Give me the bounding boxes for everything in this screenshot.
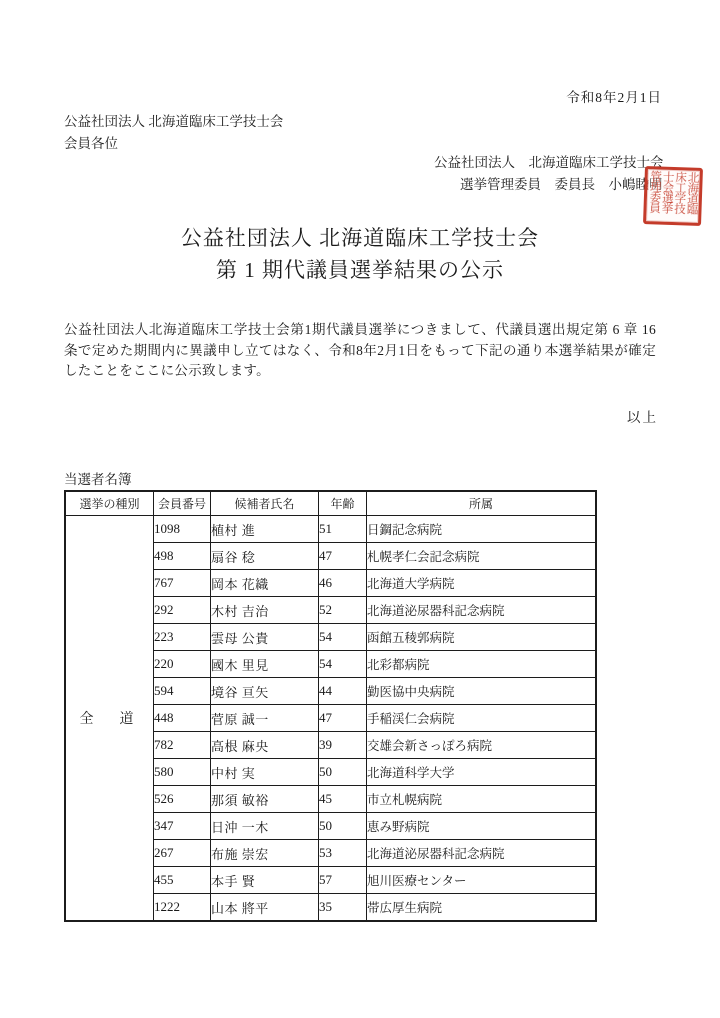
candidate-name-cell: 扇谷 稔 bbox=[211, 543, 319, 570]
candidate-name-cell: 木村 吉治 bbox=[211, 597, 319, 624]
affiliation-cell: 市立札幌病院 bbox=[367, 786, 597, 813]
affiliation-cell: 北海道泌尿器科記念病院 bbox=[367, 597, 597, 624]
closing-ijou: 以上 bbox=[627, 406, 658, 426]
affiliation-cell: 北海道泌尿器科記念病院 bbox=[367, 840, 597, 867]
candidate-name-cell: 山本 將平 bbox=[211, 894, 319, 922]
member-number-cell: 767 bbox=[154, 570, 211, 597]
member-number-cell: 267 bbox=[154, 840, 211, 867]
candidate-name-cell: 植村 進 bbox=[211, 516, 319, 543]
age-cell: 50 bbox=[319, 759, 367, 786]
recipient-salutation: 会員各位 bbox=[64, 132, 118, 152]
member-number-cell: 455 bbox=[154, 867, 211, 894]
document-title-line2: 第 1 期代議員選挙結果の公示 bbox=[0, 254, 720, 286]
header-affiliation: 所属 bbox=[367, 491, 597, 516]
affiliation-cell: 勤医協中央病院 bbox=[367, 678, 597, 705]
candidate-name-cell: 那須 敏裕 bbox=[211, 786, 319, 813]
member-number-cell: 292 bbox=[154, 597, 211, 624]
age-cell: 44 bbox=[319, 678, 367, 705]
age-cell: 39 bbox=[319, 732, 367, 759]
age-cell: 47 bbox=[319, 705, 367, 732]
age-cell: 53 bbox=[319, 840, 367, 867]
header-age: 年齢 bbox=[319, 491, 367, 516]
sender-title-and-name: 選挙管理委員 委員長 小嶋睦明 bbox=[460, 174, 664, 196]
winners-table: 選挙の種別 会員番号 候補者氏名 年齢 所属 全 道1098植村 進51日鋼記念… bbox=[64, 490, 597, 922]
header-election-type: 選挙の種別 bbox=[65, 491, 154, 516]
member-number-cell: 580 bbox=[154, 759, 211, 786]
header-candidate-name: 候補者氏名 bbox=[211, 491, 319, 516]
candidate-name-cell: 岡本 花織 bbox=[211, 570, 319, 597]
red-seal-stamp: 北海道臨床工学技士会選挙管理委員之印 bbox=[643, 166, 703, 226]
affiliation-cell: 札幌孝仁会記念病院 bbox=[367, 543, 597, 570]
official-notice-page: 令和8年2月1日 公益社団法人 北海道臨床工学技士会 会員各位 公益社団法人 北… bbox=[0, 0, 720, 1018]
affiliation-cell: 旭川医療センター bbox=[367, 867, 597, 894]
age-cell: 46 bbox=[319, 570, 367, 597]
candidate-name-cell: 菅原 誠一 bbox=[211, 705, 319, 732]
member-number-cell: 223 bbox=[154, 624, 211, 651]
seal-text: 北海道臨床工学技士会選挙管理委員之印 bbox=[646, 169, 700, 223]
candidate-name-cell: 境谷 亘矢 bbox=[211, 678, 319, 705]
affiliation-cell: 北海道大学病院 bbox=[367, 570, 597, 597]
member-number-cell: 526 bbox=[154, 786, 211, 813]
affiliation-cell: 北海道科学大学 bbox=[367, 759, 597, 786]
affiliation-cell: 交雄会新さっぽろ病院 bbox=[367, 732, 597, 759]
candidate-name-cell: 本手 賢 bbox=[211, 867, 319, 894]
member-number-cell: 220 bbox=[154, 651, 211, 678]
age-cell: 52 bbox=[319, 597, 367, 624]
header-row: 選挙の種別 会員番号 候補者氏名 年齢 所属 bbox=[65, 491, 596, 516]
candidate-name-cell: 高根 麻央 bbox=[211, 732, 319, 759]
affiliation-cell: 北彩都病院 bbox=[367, 651, 597, 678]
candidate-name-cell: 中村 実 bbox=[211, 759, 319, 786]
winners-table-header: 選挙の種別 会員番号 候補者氏名 年齢 所属 bbox=[65, 491, 596, 516]
age-cell: 47 bbox=[319, 543, 367, 570]
member-number-cell: 498 bbox=[154, 543, 211, 570]
sender-organization: 公益社団法人 北海道臨床工学技士会 bbox=[434, 152, 664, 174]
document-title-line1: 公益社団法人 北海道臨床工学技士会 bbox=[0, 222, 720, 254]
candidate-name-cell: 雲母 公貴 bbox=[211, 624, 319, 651]
age-cell: 54 bbox=[319, 624, 367, 651]
winners-table-body: 全 道1098植村 進51日鋼記念病院498扇谷 稔47札幌孝仁会記念病院767… bbox=[65, 516, 596, 922]
member-number-cell: 448 bbox=[154, 705, 211, 732]
member-number-cell: 594 bbox=[154, 678, 211, 705]
candidate-name-cell: 布施 崇宏 bbox=[211, 840, 319, 867]
age-cell: 50 bbox=[319, 813, 367, 840]
body-paragraph: 公益社団法人北海道臨床工学技士会第1期代議員選挙につきまして、代議員選出規定第 … bbox=[64, 320, 656, 382]
election-type-cell: 全 道 bbox=[65, 516, 154, 922]
age-cell: 54 bbox=[319, 651, 367, 678]
table-row: 全 道1098植村 進51日鋼記念病院 bbox=[65, 516, 596, 543]
age-cell: 35 bbox=[319, 894, 367, 922]
affiliation-cell: 恵み野病院 bbox=[367, 813, 597, 840]
document-title: 公益社団法人 北海道臨床工学技士会 第 1 期代議員選挙結果の公示 bbox=[0, 222, 720, 286]
member-number-cell: 1222 bbox=[154, 894, 211, 922]
affiliation-cell: 帯広厚生病院 bbox=[367, 894, 597, 922]
candidate-name-cell: 日沖 一木 bbox=[211, 813, 319, 840]
member-number-cell: 782 bbox=[154, 732, 211, 759]
candidate-name-cell: 國木 里見 bbox=[211, 651, 319, 678]
recipient-organization: 公益社団法人 北海道臨床工学技士会 bbox=[64, 110, 283, 130]
affiliation-cell: 手稲渓仁会病院 bbox=[367, 705, 597, 732]
winners-list-caption: 当選者名簿 bbox=[64, 468, 132, 488]
age-cell: 57 bbox=[319, 867, 367, 894]
age-cell: 45 bbox=[319, 786, 367, 813]
age-cell: 51 bbox=[319, 516, 367, 543]
document-date: 令和8年2月1日 bbox=[566, 86, 662, 106]
member-number-cell: 1098 bbox=[154, 516, 211, 543]
affiliation-cell: 日鋼記念病院 bbox=[367, 516, 597, 543]
member-number-cell: 347 bbox=[154, 813, 211, 840]
affiliation-cell: 函館五稜郭病院 bbox=[367, 624, 597, 651]
header-member-number: 会員番号 bbox=[154, 491, 211, 516]
sender-block: 公益社団法人 北海道臨床工学技士会 選挙管理委員 委員長 小嶋睦明 bbox=[434, 152, 664, 196]
